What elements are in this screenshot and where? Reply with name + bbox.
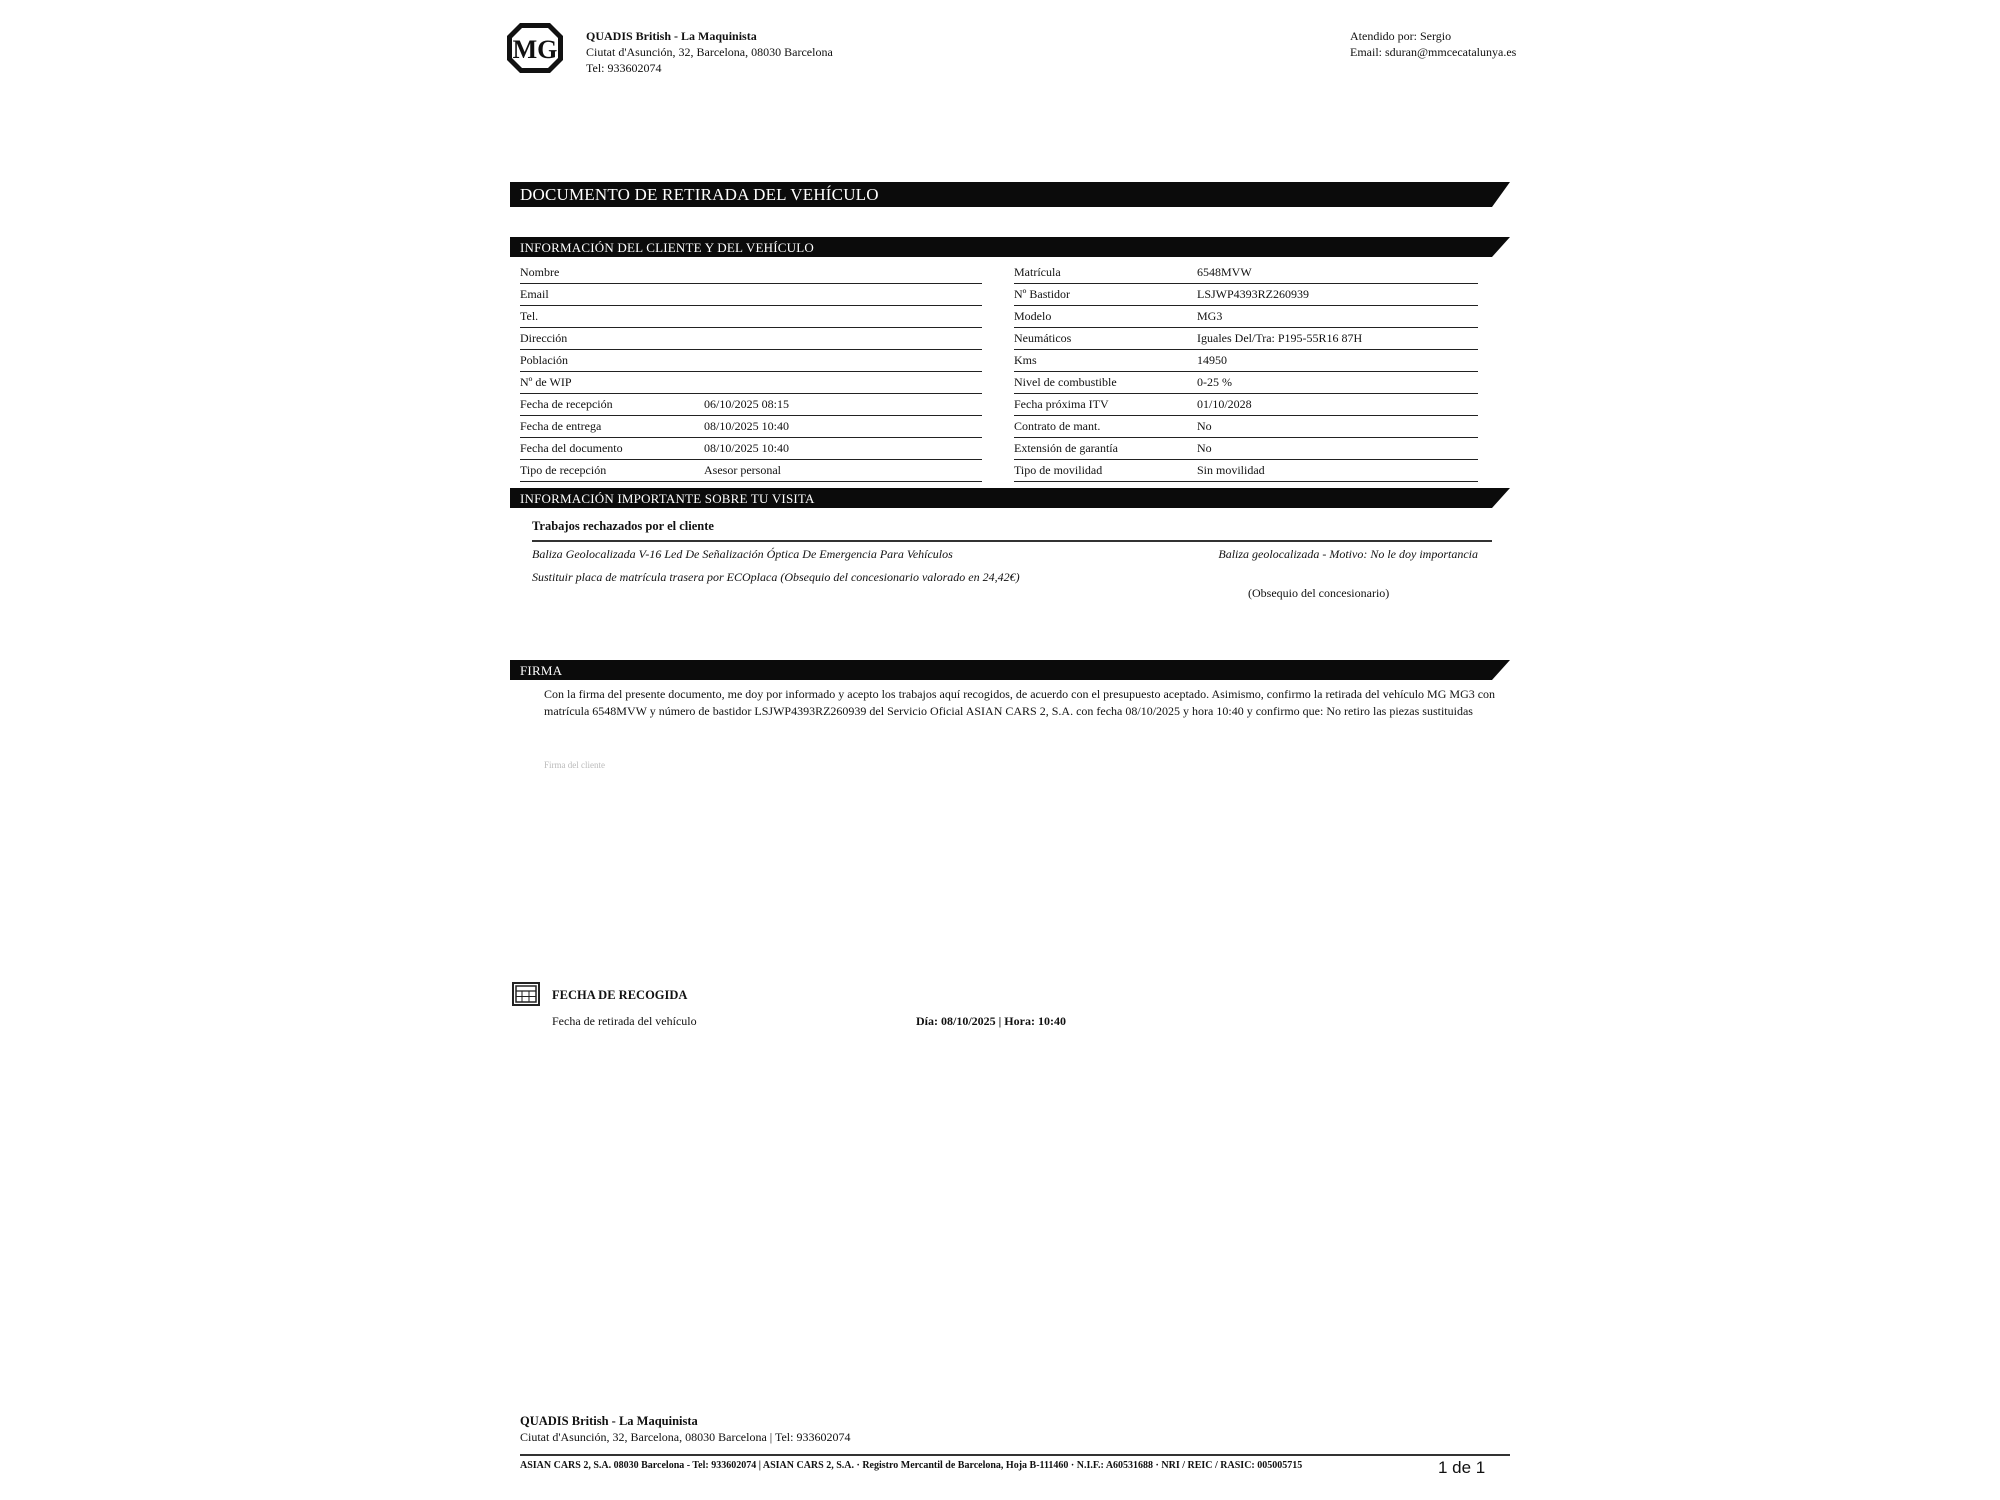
field-row: Extensión de garantíaNo — [1014, 438, 1478, 460]
field-row: Tipo de recepciónAsesor personal — [520, 460, 982, 482]
calendar-icon — [512, 982, 540, 1006]
field-label: Fecha de entrega — [520, 419, 704, 434]
field-row: NeumáticosIguales Del/Tra: P195-55R16 87… — [1014, 328, 1478, 350]
client-section-header: INFORMACIÓN DEL CLIENTE Y DEL VEHÍCULO — [510, 237, 1510, 257]
dealer-phone: Tel: 933602074 — [586, 60, 833, 76]
field-row: Kms14950 — [1014, 350, 1478, 372]
dealer-info: QUADIS British - La Maquinista Ciutat d'… — [586, 28, 833, 76]
vehicle-fields: Matrícula6548MVWNº BastidorLSJWP4393RZ26… — [1014, 262, 1478, 482]
field-label: Tipo de recepción — [520, 463, 704, 478]
svg-text:MG: MG — [513, 35, 558, 64]
field-label: Contrato de mant. — [1014, 419, 1197, 434]
field-value: No — [1197, 441, 1478, 456]
field-value: 08/10/2025 10:40 — [704, 441, 982, 456]
divider — [532, 540, 1492, 542]
rejected-item: Sustituir placa de matrícula trasera por… — [532, 568, 1032, 586]
field-label: Modelo — [1014, 309, 1197, 324]
field-label: Neumáticos — [1014, 331, 1197, 346]
dealer-address: Ciutat d'Asunción, 32, Barcelona, 08030 … — [586, 44, 833, 60]
field-label: Población — [520, 353, 704, 368]
field-label: Nº Bastidor — [1014, 287, 1197, 302]
attended-by: Atendido por: Sergio — [1350, 28, 1516, 44]
field-label: Fecha de recepción — [520, 397, 704, 412]
field-value: Asesor personal — [704, 463, 982, 478]
field-row: Dirección — [520, 328, 982, 350]
field-value: 01/10/2028 — [1197, 397, 1478, 412]
rejected-item-note: (Obsequio del concesionario) — [1248, 586, 1389, 601]
pickup-title: FECHA DE RECOGIDA — [552, 988, 687, 1003]
field-value: 14950 — [1197, 353, 1478, 368]
field-value: No — [1197, 419, 1478, 434]
field-row: Fecha del documento08/10/2025 10:40 — [520, 438, 982, 460]
visit-section-header: INFORMACIÓN IMPORTANTE SOBRE TU VISITA — [510, 488, 1510, 508]
client-section-title: INFORMACIÓN DEL CLIENTE Y DEL VEHÍCULO — [520, 240, 814, 256]
signature-area: Firma del cliente — [544, 760, 605, 770]
rejected-works-title: Trabajos rechazados por el cliente — [532, 519, 714, 534]
field-row: Email — [520, 284, 982, 306]
visit-section-title: INFORMACIÓN IMPORTANTE SOBRE TU VISITA — [520, 491, 815, 507]
field-value: MG3 — [1197, 309, 1478, 324]
field-label: Extensión de garantía — [1014, 441, 1197, 456]
field-label: Kms — [1014, 353, 1197, 368]
field-row: Fecha próxima ITV01/10/2028 — [1014, 394, 1478, 416]
field-value: 0-25 % — [1197, 375, 1478, 390]
field-label: Dirección — [520, 331, 704, 346]
field-row: Tel. — [520, 306, 982, 328]
footer-legal: ASIAN CARS 2, S.A. 08030 Barcelona - Tel… — [520, 1460, 1302, 1471]
field-label: Nivel de combustible — [1014, 375, 1197, 390]
firma-statement: Con la firma del presente documento, me … — [544, 686, 1514, 720]
dealer-name: QUADIS British - La Maquinista — [586, 28, 833, 44]
field-row: ModeloMG3 — [1014, 306, 1478, 328]
pickup-label: Fecha de retirada del vehículo — [552, 1014, 697, 1029]
attended-email: Email: sduran@mmcecatalunya.es — [1350, 44, 1516, 60]
field-row: Nº BastidorLSJWP4393RZ260939 — [1014, 284, 1478, 306]
field-value: 06/10/2025 08:15 — [704, 397, 982, 412]
field-label: Email — [520, 287, 704, 302]
field-label: Fecha del documento — [520, 441, 704, 456]
field-value: LSJWP4393RZ260939 — [1197, 287, 1478, 302]
field-value: 08/10/2025 10:40 — [704, 419, 982, 434]
field-row: Población — [520, 350, 982, 372]
field-row: Contrato de mant.No — [1014, 416, 1478, 438]
footer-dealer-name: QUADIS British - La Maquinista — [520, 1414, 698, 1429]
pickup-value: Día: 08/10/2025 | Hora: 10:40 — [916, 1014, 1066, 1029]
field-row: Fecha de entrega08/10/2025 10:40 — [520, 416, 982, 438]
mg-logo-icon: MG — [506, 22, 564, 74]
field-row: Matrícula6548MVW — [1014, 262, 1478, 284]
document-title-bar: DOCUMENTO DE RETIRADA DEL VEHÍCULO — [510, 182, 1510, 207]
firma-section-title: FIRMA — [520, 663, 562, 679]
field-label: Fecha próxima ITV — [1014, 397, 1197, 412]
field-label: Tel. — [520, 309, 704, 324]
field-label: Nº de WIP — [520, 375, 704, 390]
rejected-item: Baliza Geolocalizada V-16 Led De Señaliz… — [532, 547, 953, 562]
footer-divider — [520, 1454, 1510, 1456]
field-value: Iguales Del/Tra: P195-55R16 87H — [1197, 331, 1478, 346]
field-row: Nº de WIP — [520, 372, 982, 394]
footer-address: Ciutat d'Asunción, 32, Barcelona, 08030 … — [520, 1430, 850, 1445]
client-fields: NombreEmailTel.DirecciónPoblaciónNº de W… — [520, 262, 982, 482]
field-row: Fecha de recepción06/10/2025 08:15 — [520, 394, 982, 416]
field-row: Nombre — [520, 262, 982, 284]
field-row: Nivel de combustible0-25 % — [1014, 372, 1478, 394]
field-value: 6548MVW — [1197, 265, 1478, 280]
field-label: Tipo de movilidad — [1014, 463, 1197, 478]
field-value: Sin movilidad — [1197, 463, 1478, 478]
signature-label: Firma del cliente — [544, 760, 605, 770]
attended-info: Atendido por: Sergio Email: sduran@mmcec… — [1350, 28, 1516, 60]
field-label: Matrícula — [1014, 265, 1197, 280]
field-row: Tipo de movilidadSin movilidad — [1014, 460, 1478, 482]
firma-section-header: FIRMA — [510, 660, 1510, 680]
field-label: Nombre — [520, 265, 704, 280]
document-title: DOCUMENTO DE RETIRADA DEL VEHÍCULO — [520, 185, 879, 205]
page-number: 1 de 1 — [1438, 1458, 1485, 1478]
rejected-item-note: Baliza geolocalizada - Motivo: No le doy… — [1218, 547, 1478, 562]
